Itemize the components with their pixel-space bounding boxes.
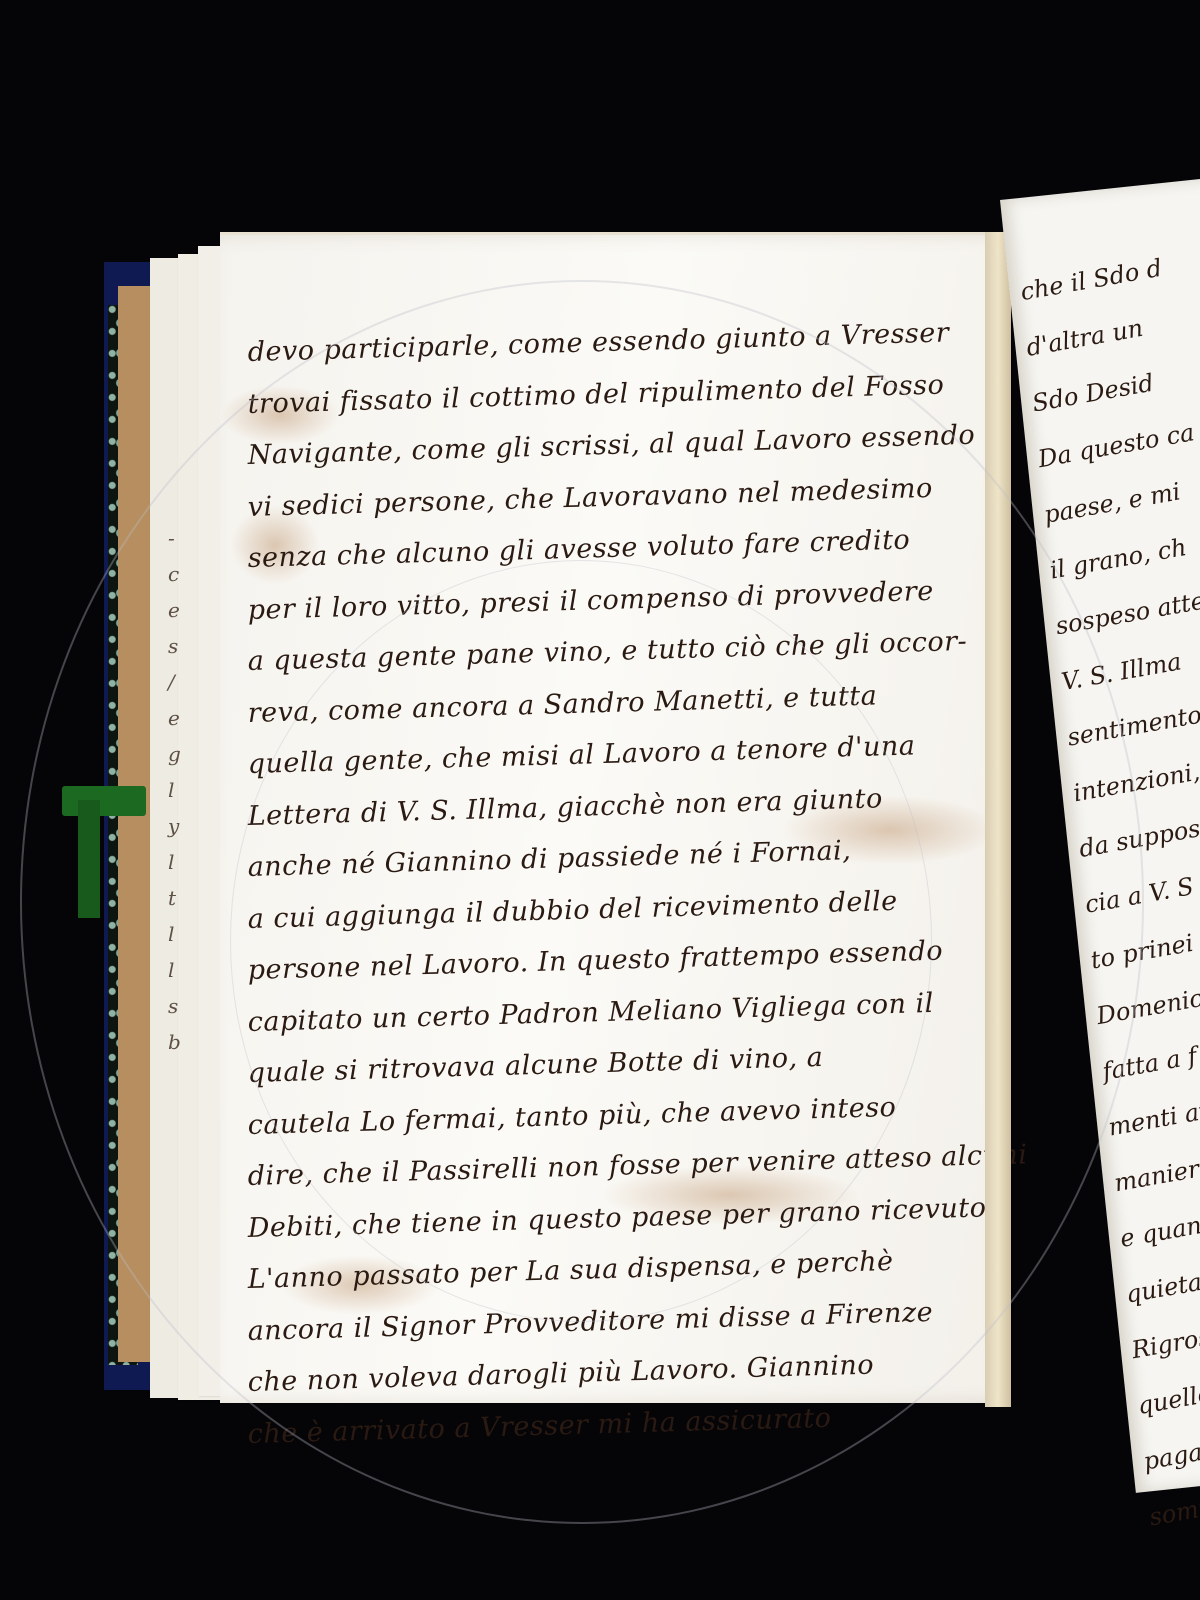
underlying-page-edge-text: - c e s / e g l y l t l l s b (168, 520, 218, 1340)
handwritten-text-block: devo participarle, come essendo giunto a… (248, 337, 1008, 1470)
handwritten-text-block: che il Sdo d d'altra un Sdo Desid Da que… (1020, 253, 1200, 1559)
manuscript-left-page: devo participarle, come essendo giunto a… (220, 232, 1010, 1403)
green-ribbon-tail (78, 800, 100, 918)
book-spine-gutter (985, 232, 1011, 1407)
manuscript-right-page: che il Sdo d d'altra un Sdo Desid Da que… (1000, 173, 1200, 1493)
green-ribbon-tie (62, 786, 146, 816)
